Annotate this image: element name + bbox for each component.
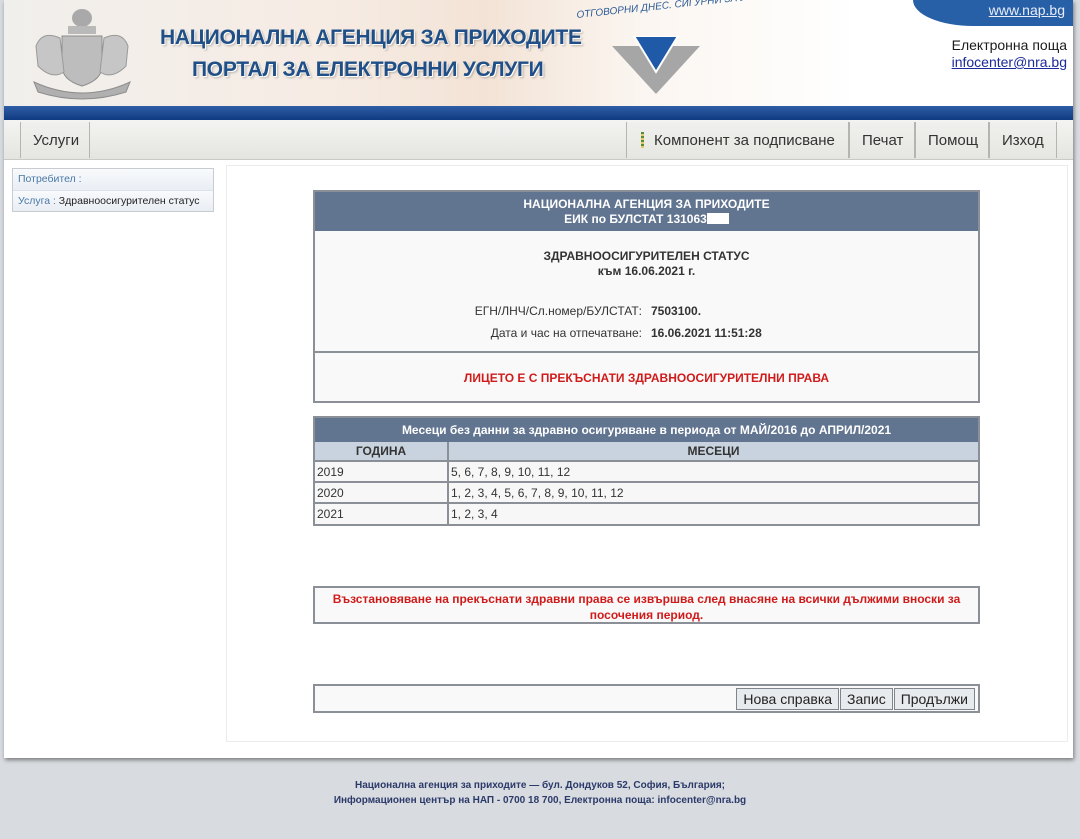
table-row: 2020 1, 2, 3, 4, 5, 6, 7, 8, 9, 10, 11, … — [315, 482, 978, 503]
portal-title: ПОРТАЛ ЗА ЕЛЕКТРОННИ УСЛУГИ — [192, 58, 543, 82]
months-table-box: Месеци без данни за здравно осигуряване … — [313, 416, 980, 526]
header-divider — [4, 106, 1073, 120]
service-label: Услуга : — [18, 195, 56, 207]
year-cell: 2021 — [315, 503, 448, 524]
footer-address: Национална агенция за приходите — бул. Д… — [0, 778, 1080, 793]
email-label: Електронна поща — [952, 37, 1067, 53]
nav-services[interactable]: Услуги — [20, 122, 90, 158]
nav-print[interactable]: Печат — [849, 122, 915, 158]
page-frame: НАЦИОНАЛНА АГЕНЦИЯ ЗА ПРИХОДИТЕ ПОРТАЛ З… — [4, 0, 1073, 758]
redaction-mask — [707, 213, 729, 224]
continue-button[interactable]: Продължи — [894, 688, 975, 710]
table-row: 2021 1, 2, 3, 4 — [315, 503, 978, 524]
nav-sign-component[interactable]: Компонент за подписване — [626, 122, 849, 158]
new-query-button[interactable]: Нова справка — [736, 688, 839, 710]
id-label: ЕГН/ЛНЧ/Сл.номер/БУЛСТАТ: — [475, 304, 642, 318]
status-title: ЗДРАВНООСИГУРИТЕЛЕН СТАТУС — [315, 249, 978, 264]
status-alert: ЛИЦЕТО Е С ПРЕКЪСНАТИ ЗДРАВНООСИГУРИТЕЛН… — [315, 353, 978, 385]
user-row: Потребител : — [13, 169, 213, 190]
actions-bar: Нова справкаЗаписПродължи — [313, 684, 980, 713]
session-info-panel: Потребител : Услуга : Здравноосигурителе… — [12, 168, 214, 212]
restoration-notice: Възстановяване на прекъснати здравни пра… — [333, 592, 961, 622]
months-cell: 5, 6, 7, 8, 9, 10, 11, 12 — [448, 461, 978, 482]
printed-row: Дата и час на отпечатване: 16.06.2021 11… — [315, 321, 978, 343]
status-date: към 16.06.2021 г. — [315, 264, 978, 279]
months-table-title: Месеци без данни за здравно осигуряване … — [315, 418, 978, 442]
status-document: НАЦИОНАЛНА АГЕНЦИЯ ЗА ПРИХОДИТЕ ЕИК по Б… — [313, 190, 980, 403]
months-table: ГОДИНА МЕСЕЦИ 2019 5, 6, 7, 8, 9, 10, 11… — [315, 442, 978, 524]
page-footer: Национална агенция за приходите — бул. Д… — [0, 778, 1080, 808]
header-banner: НАЦИОНАЛНА АГЕНЦИЯ ЗА ПРИХОДИТЕ ПОРТАЛ З… — [4, 0, 1073, 106]
year-cell: 2020 — [315, 482, 448, 503]
service-value: Здравноосигурителен статус — [59, 195, 200, 207]
months-cell: 1, 2, 3, 4, 5, 6, 7, 8, 9, 10, 11, 12 — [448, 482, 978, 503]
top-nav: Услуги Компонент за подписване Печат Пом… — [4, 120, 1073, 160]
save-button[interactable]: Запис — [840, 688, 893, 710]
months-cell: 1, 2, 3, 4 — [448, 503, 978, 524]
main-content: НАЦИОНАЛНА АГЕНЦИЯ ЗА ПРИХОДИТЕ ЕИК по Б… — [226, 165, 1068, 742]
footer-contacts: Информационен център на НАП - 0700 18 70… — [0, 793, 1080, 808]
nav-sign-label: Компонент за подписване — [654, 132, 835, 149]
user-label: Потребител : — [18, 173, 82, 185]
agency-title: НАЦИОНАЛНА АГЕНЦИЯ ЗА ПРИХОДИТЕ — [160, 26, 582, 50]
nap-logo-icon — [612, 36, 700, 96]
slogan: ОТГОВОРНИ ДНЕС. СИГУРНИ ЗА УТРЕ — [576, 0, 766, 21]
agency-name: НАЦИОНАЛНА АГЕНЦИЯ ЗА ПРИХОДИТЕ — [315, 197, 978, 212]
nap-site-link[interactable]: www.nap.bg — [989, 2, 1065, 18]
year-cell: 2019 — [315, 461, 448, 482]
col-months: МЕСЕЦИ — [448, 442, 978, 461]
nav-help[interactable]: Помощ — [915, 122, 989, 158]
service-row: Услуга : Здравноосигурителен статус — [13, 190, 213, 211]
email-link[interactable]: infocenter@nra.bg — [952, 54, 1067, 70]
id-row: ЕГН/ЛНЧ/Сл.номер/БУЛСТАТ: 7503100. — [315, 299, 978, 321]
status-heading: ЗДРАВНООСИГУРИТЕЛЕН СТАТУС към 16.06.202… — [315, 231, 978, 279]
id-value: 7503100. — [651, 304, 701, 318]
col-year: ГОДИНА — [315, 442, 448, 461]
eik-line: ЕИК по БУЛСТАТ 131063 — [315, 212, 978, 227]
nav-exit[interactable]: Изход — [989, 122, 1057, 158]
coat-of-arms-icon — [26, 6, 138, 100]
notice-box: Възстановяване на прекъснати здравни пра… — [313, 586, 980, 624]
printed-label: Дата и час на отпечатване: — [491, 326, 642, 340]
signature-icon — [641, 132, 644, 148]
printed-value: 16.06.2021 11:51:28 — [651, 326, 762, 340]
table-row: 2019 5, 6, 7, 8, 9, 10, 11, 12 — [315, 461, 978, 482]
alert-section: ЛИЦЕТО Е С ПРЕКЪСНАТИ ЗДРАВНООСИГУРИТЕЛН… — [315, 351, 978, 401]
document-header: НАЦИОНАЛНА АГЕНЦИЯ ЗА ПРИХОДИТЕ ЕИК по Б… — [315, 192, 978, 231]
